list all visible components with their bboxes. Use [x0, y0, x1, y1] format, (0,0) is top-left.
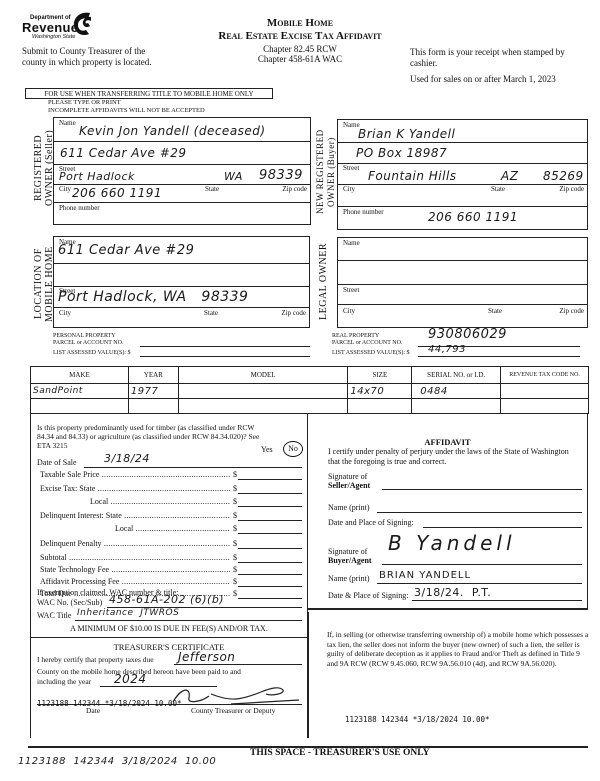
- submit-note-line2: county in which property is located.: [22, 57, 151, 68]
- seller-phone-label: Phone number: [59, 204, 100, 212]
- wac-title-row: WAC Title Inheritance JTWROS: [37, 611, 302, 622]
- fee-line-row: Local$: [40, 524, 302, 535]
- col-size: SIZE: [348, 367, 412, 384]
- cell-make[interactable]: [31, 399, 129, 414]
- fee-line-dollar-sign: $: [233, 539, 237, 548]
- buyer-phone-label: Phone number: [343, 208, 384, 216]
- seller-name-field[interactable]: Kevin Jon Yandell (deceased): [79, 124, 266, 138]
- cell-tax-code[interactable]: [501, 384, 589, 399]
- buyer-city-label: City: [343, 185, 355, 193]
- legal-owner-state-label: State: [488, 307, 502, 315]
- fee-line-label: Local: [115, 524, 230, 533]
- seller-name-print-field[interactable]: [377, 503, 582, 513]
- buyer-date-place-field[interactable]: 3/18/24. P.T.: [412, 591, 582, 601]
- seller-state-field[interactable]: WA: [224, 170, 243, 183]
- affidavit-section: AFFIDAVIT I certify under penalty of per…: [308, 414, 588, 610]
- treasurer-use-only-label: THIS SPACE - TREASURER'S USE ONLY: [250, 748, 430, 758]
- treasurer-year-label: including the year: [37, 677, 91, 686]
- seller-date-place-row: Date and Place of Signing:: [328, 518, 582, 529]
- fee-line-row: Excise Tax: State$: [40, 484, 302, 495]
- seller-date-place-label: Date and Place of Signing:: [328, 518, 414, 527]
- real-assessed-field[interactable]: 44,793: [418, 350, 580, 357]
- buyer-state-field[interactable]: AZ: [501, 169, 518, 183]
- fee-line-dollar-sign: $: [233, 589, 237, 598]
- buyer-date-place-label: Date & Place of Signing:: [328, 591, 408, 600]
- seller-signature-row: Signature of Seller/Agent: [328, 472, 582, 494]
- mobile-home-table: MAKE YEAR MODEL SIZE SERIAL NO. or I.D. …: [30, 366, 589, 414]
- cell-model[interactable]: [178, 399, 348, 414]
- legal-owner-box: Name Street City State Zip code: [337, 237, 588, 328]
- location-city-field[interactable]: Port Hadlock, WA 98339: [58, 289, 248, 305]
- tax-section: Is this property predominantly used for …: [30, 414, 308, 638]
- treasurer-use-divider: [308, 612, 309, 738]
- fee-line-row: Delinquent Interest: State$: [40, 511, 302, 522]
- fee-line-label: State Technology Fee: [40, 565, 230, 574]
- treasurer-stamp: 1123188 142344 *3/18/2024 10.00*: [37, 699, 182, 708]
- seller-name-print-label: Name (print): [328, 503, 370, 512]
- fee-line-dollar-sign: $: [233, 470, 237, 479]
- instruction-type-print: PLEASE TYPE OR PRINT: [48, 99, 205, 107]
- treasurer-county-field[interactable]: Jefferson: [174, 655, 302, 665]
- fee-line-label: Affidavit Processing Fee: [40, 577, 230, 586]
- receipt-note-line1: This form is your receipt when stamped b…: [410, 47, 565, 58]
- fee-line-dollar-sign: $: [233, 524, 237, 533]
- personal-assessed-label: LIST ASSESSED VALUE(S): $: [53, 350, 131, 356]
- fee-line-row: Affidavit Processing Fee$: [40, 577, 302, 588]
- buyer-phone-field[interactable]: 206 660 1191: [428, 210, 518, 224]
- personal-parcel-label: PARCEL or ACCOUNT NO.: [53, 340, 123, 346]
- instructions: PLEASE TYPE OR PRINT INCOMPLETE AFFIDAVI…: [48, 99, 205, 115]
- treasurer-county-row: I hereby certify that property taxes due…: [37, 655, 302, 666]
- table-header-row: MAKE YEAR MODEL SIZE SERIAL NO. or I.D. …: [31, 367, 589, 384]
- timber-yes-option[interactable]: Yes: [261, 445, 273, 454]
- wac-title-field[interactable]: Inheritance JTWROS: [75, 611, 302, 621]
- fee-line-amount-field[interactable]: [238, 574, 302, 575]
- treasurer-sig-label: County Treasurer or Deputy: [191, 706, 275, 715]
- buyer-signature-row: Signature of Buyer/Agent B Yandell: [328, 547, 582, 569]
- banner-text: FOR USE WHEN TRANSFERRING TITLE TO MOBIL…: [44, 90, 253, 98]
- buyer-state-label: State: [491, 185, 505, 193]
- col-revenue-tax-code: REVENUE TAX CODE NO.: [501, 367, 589, 384]
- fee-line-dollar-sign: $: [233, 577, 237, 586]
- seller-city-label: City: [59, 185, 71, 193]
- revenue-swirl-logo-icon: [72, 11, 94, 37]
- form-title: Mobile Home Real Estate Excise Tax Affid…: [190, 17, 410, 64]
- buyer-name-print-label: Name (print): [328, 574, 370, 583]
- cell-size[interactable]: [348, 399, 412, 414]
- buyer-street-field[interactable]: PO Box 18987: [356, 146, 447, 160]
- real-parcel-label: PARCEL or ACCOUNT NO.: [332, 340, 402, 346]
- logo-revenue: Revenue: [22, 20, 78, 35]
- treasurer-signature-scribble: [171, 684, 301, 706]
- fee-line-amount-field[interactable]: [238, 562, 302, 563]
- buyer-signature-scribble: B Yandell: [388, 539, 516, 548]
- cell-serial[interactable]: [412, 399, 501, 414]
- buyer-city-field[interactable]: Fountain Hills: [368, 169, 457, 183]
- buyer-zip-field[interactable]: 85269: [543, 169, 584, 183]
- receipt-note: This form is your receipt when stamped b…: [410, 47, 565, 85]
- treasurer-certificate: TREASURER'S CERTIFICATE I hereby certify…: [30, 638, 308, 738]
- timber-no-option[interactable]: No: [283, 441, 303, 457]
- treasurer-date-label: Date: [86, 706, 100, 715]
- location-state-label: State: [204, 309, 218, 317]
- table-row: SandPoint 1977 14x70 0484: [31, 384, 589, 399]
- submit-note: Submit to County Treasurer of the county…: [22, 46, 151, 68]
- transfer-banner: FOR USE WHEN TRANSFERRING TITLE TO MOBIL…: [25, 88, 273, 99]
- fee-line-label: Taxable Sale Price: [40, 470, 230, 479]
- location-box: Name 611 Cedar Ave #29 Street Port Hadlo…: [53, 236, 310, 328]
- cell-model[interactable]: [178, 384, 348, 399]
- legal-owner-name-label: Name: [343, 239, 360, 247]
- wac-title-label: WAC Title: [37, 611, 71, 620]
- col-make: MAKE: [31, 367, 129, 384]
- real-property-section: REAL PROPERTY PARCEL or ACCOUNT NO. 9308…: [332, 333, 588, 357]
- wac-no-field[interactable]: 458-61A-202 (6)(b): [107, 598, 302, 608]
- instruction-incomplete: INCOMPLETE AFFIDAVITS WILL NOT BE ACCEPT…: [48, 107, 205, 115]
- seller-signature-field[interactable]: [382, 480, 582, 490]
- col-serial: SERIAL NO. or I.D.: [412, 367, 501, 384]
- location-zip-label: Zip code: [281, 309, 306, 317]
- submit-note-line1: Submit to County Treasurer of the: [22, 46, 151, 57]
- used-for-date-note: Used for sales on or after March 1, 2023: [410, 74, 565, 85]
- buyer-name-print-field[interactable]: BRIAN YANDELL: [377, 574, 582, 584]
- personal-parcel-field[interactable]: [140, 340, 310, 347]
- fee-line-amount-field[interactable]: [238, 533, 302, 534]
- table-row: [31, 399, 589, 414]
- chapter-rcw: Chapter 82.45 RCW: [190, 44, 410, 54]
- legal-owner-street-label: Street: [343, 286, 359, 294]
- seller-state-label: State: [205, 185, 219, 193]
- cell-serial[interactable]: 0484: [412, 384, 501, 399]
- fee-line-amount-field[interactable]: [238, 548, 302, 549]
- buyer-signature-field[interactable]: B Yandell: [382, 555, 582, 565]
- fee-line-label: Delinquent Penalty: [40, 539, 230, 548]
- seller-city-field[interactable]: Port Hadlock: [59, 170, 135, 183]
- date-of-sale-row: Date of Sale 3/18/24: [37, 458, 302, 470]
- cell-year[interactable]: 1977: [128, 384, 178, 399]
- timber-question: Is this property predominantly used for …: [37, 423, 273, 450]
- cell-make[interactable]: SandPoint: [31, 384, 129, 399]
- fee-line-dollar-sign: $: [233, 511, 237, 520]
- personal-assessed-field[interactable]: [140, 350, 310, 357]
- affidavit-cashier-stamp: 1123188 142344 *3/18/2024 10.00*: [345, 715, 490, 724]
- fee-line-amount-field[interactable]: [238, 586, 302, 587]
- fee-line-label: Excise Tax: State: [40, 484, 230, 493]
- personal-property-label: PERSONAL PROPERTY: [53, 333, 310, 340]
- fee-line-dollar-sign: $: [233, 553, 237, 562]
- fee-line-row: Taxable Sale Price$: [40, 470, 302, 481]
- date-of-sale-field[interactable]: 3/18/24: [84, 458, 302, 468]
- fee-line-dollar-sign: $: [233, 497, 237, 506]
- buyer-name-print-row: Name (print) BRIAN YANDELL: [328, 574, 582, 585]
- fee-line-amount-field[interactable]: [238, 520, 302, 521]
- legal-owner-section-label: LEGAL OWNER: [318, 236, 336, 326]
- col-year: YEAR: [128, 367, 178, 384]
- buyer-date-place-row: Date & Place of Signing: 3/18/24. P.T.: [328, 591, 582, 602]
- fee-line-row: Local$: [40, 497, 302, 508]
- buyer-box: Name Brian K Yandell PO Box 18987 Street…: [337, 119, 588, 230]
- handwritten-receipt-note: 1123188 142344 3/18/2024 10.00: [18, 756, 216, 767]
- fee-line-row: State Technology Fee$: [40, 565, 302, 576]
- fee-line-dollar-sign: $: [233, 484, 237, 493]
- fee-line-amount-field[interactable]: [238, 493, 302, 494]
- fee-line-dollar-sign: $: [233, 565, 237, 574]
- legal-owner-city-label: City: [343, 307, 355, 315]
- timber-no-label: No: [288, 444, 298, 453]
- buyer-section-label: NEW REGISTEREDOWNER (Buyer): [315, 118, 339, 226]
- col-model: MODEL: [178, 367, 348, 384]
- cell-size[interactable]: 14x70: [348, 384, 412, 399]
- title-line2: Real Estate Excise Tax Affidavit: [190, 30, 410, 42]
- fee-line-label: Delinquent Interest: State: [40, 511, 230, 520]
- legal-owner-zip-label: Zip code: [559, 307, 584, 315]
- title-line1: Mobile Home: [190, 17, 410, 29]
- receipt-note-line2: cashier.: [410, 58, 565, 69]
- seller-phone-field[interactable]: 206 660 1191: [72, 186, 162, 200]
- wac-no-label: WAC No. (Sec/Sub): [37, 598, 102, 607]
- seller-box: Name Kevin Jon Yandell (deceased) 611 Ce…: [53, 117, 311, 225]
- buyer-street-label: Street: [343, 164, 359, 172]
- logo-state: Washington State: [32, 34, 75, 40]
- seller-zip-field[interactable]: 98339: [259, 168, 303, 183]
- treasurer-title: TREASURER'S CERTIFICATE: [31, 642, 307, 652]
- location-city-label: City: [59, 309, 71, 317]
- seller-street-field[interactable]: 611 Cedar Ave #29: [60, 146, 187, 160]
- seller-name-label: Name: [59, 119, 76, 127]
- buyer-zip-label: Zip code: [559, 185, 584, 193]
- seller-zip-label: Zip code: [282, 185, 307, 193]
- fee-line-label: Subtotal: [40, 553, 230, 562]
- buyer-name-field[interactable]: Brian K Yandell: [358, 127, 455, 141]
- treasurer-certify-label: I hereby certify that property taxes due: [37, 655, 154, 664]
- chapter-wac: Chapter 458-61A WAC: [190, 54, 410, 64]
- cell-year[interactable]: [128, 399, 178, 414]
- lien-warning: If, in selling (or otherwise transferrin…: [327, 630, 589, 668]
- dor-logo: Department of Revenue Washington State: [22, 12, 102, 42]
- location-name-field[interactable]: 611 Cedar Ave #29: [58, 243, 194, 258]
- seller-date-place-field[interactable]: [423, 518, 582, 528]
- fee-line-amount-field[interactable]: [238, 506, 302, 507]
- seller-name-print-row: Name (print): [328, 503, 582, 514]
- minimum-due-note: A MINIMUM OF $10.00 IS DUE IN FEE(S) AND…: [31, 624, 307, 633]
- date-of-sale-label: Date of Sale: [37, 458, 77, 467]
- fee-line-row: Delinquent Penalty$: [40, 539, 302, 550]
- fee-line-amount-field[interactable]: [238, 479, 302, 480]
- affidavit-certify-text: I certify under penalty of perjury under…: [328, 447, 578, 467]
- real-assessed-label: LIST ASSESSED VALUE(S): $: [332, 350, 410, 356]
- fee-line-label: Local: [90, 497, 230, 506]
- fee-line-row: Subtotal$: [40, 553, 302, 564]
- affidavit-title: AFFIDAVIT: [308, 437, 587, 447]
- cell-tax-code[interactable]: [501, 399, 589, 414]
- personal-property-section: PERSONAL PROPERTY PARCEL or ACCOUNT NO. …: [53, 333, 310, 357]
